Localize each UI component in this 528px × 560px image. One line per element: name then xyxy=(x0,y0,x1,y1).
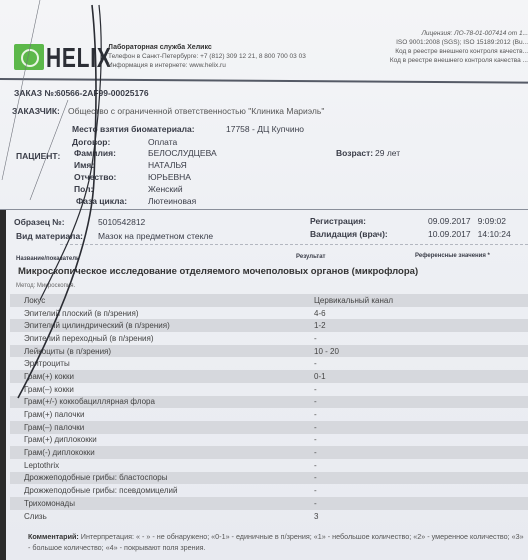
patient-divider xyxy=(0,209,528,210)
row-value: - xyxy=(314,423,528,432)
table-row: Грам(+) палочки- xyxy=(10,408,528,421)
sample-divider xyxy=(60,244,528,245)
table-row: ЛокусЦервикальный канал xyxy=(10,294,528,307)
row-name: Слизь xyxy=(10,512,314,521)
table-row: Эпителий переходный (в п/зрения)- xyxy=(10,332,528,345)
table-row: Эритроциты- xyxy=(10,357,528,370)
validation-datetime: 10.09.2017 14:10:24 xyxy=(428,229,511,239)
cycle-phase-value: Лютеиновая xyxy=(148,196,196,206)
row-value: - xyxy=(314,448,528,457)
row-value: - xyxy=(314,486,528,495)
age-value: 29 лет xyxy=(375,148,400,158)
row-value: - xyxy=(314,461,528,470)
table-row: Эпителий плоский (в п/зрения)4-6 xyxy=(10,307,528,320)
row-name: Грам(-) диплококки xyxy=(10,448,314,457)
patronymic-value: ЮРЬЕВНА xyxy=(148,172,191,182)
table-row: Грам(+/-) коккобациллярная флора- xyxy=(10,396,528,409)
comment-text: Интерпретация: « - » - не обнаружено; «0… xyxy=(28,532,524,552)
row-value: 1-2 xyxy=(314,321,528,330)
table-row: Грам(+) кокки0-1 xyxy=(10,370,528,383)
collection-place: 17758 - ДЦ Купчино xyxy=(226,124,304,134)
results-table: ЛокусЦервикальный каналЭпителий плоский … xyxy=(10,294,528,522)
photo-edge-shadow xyxy=(0,210,6,560)
row-value: Цервикальный канал xyxy=(314,296,528,305)
row-value: - xyxy=(314,435,528,444)
row-name: Грам(+/-) коккобациллярная флора xyxy=(10,397,314,406)
row-value: - xyxy=(314,473,528,482)
row-value: - xyxy=(314,410,528,419)
row-value: - xyxy=(314,359,528,368)
row-name: Локус xyxy=(10,296,314,305)
row-name: Лейкоциты (в п/зрения) xyxy=(10,347,314,356)
cycle-phase-label: Фаза цикла: xyxy=(76,196,127,206)
customer-label: ЗАКАЗЧИК: xyxy=(12,106,60,116)
table-row: Лейкоциты (в п/зрения)10 - 20 xyxy=(10,345,528,358)
table-row: Грам(-) диплококки- xyxy=(10,446,528,459)
sample-number: 5010542812 xyxy=(98,217,145,227)
row-value: 0-1 xyxy=(314,372,528,381)
age-label: Возраст: xyxy=(336,148,373,158)
registry-code-2: Код в реестре внешнего контроля качества… xyxy=(390,57,528,64)
name-value: НАТАЛЬЯ xyxy=(148,160,187,170)
sample-number-label: Образец №: xyxy=(14,217,65,227)
table-row: Leptothrix- xyxy=(10,459,528,472)
comment-label: Комментарий: xyxy=(28,532,79,541)
surname-label: Фамилия: xyxy=(74,148,116,158)
table-row: Трихомонады- xyxy=(10,497,528,510)
lab-website: Информация в интернете: www.helix.ru xyxy=(108,62,226,69)
row-value: - xyxy=(314,397,528,406)
row-name: Дрожжеподобные грибы: бластоспоры xyxy=(10,473,314,482)
registration-datetime: 09.09.2017 9:09:02 xyxy=(428,216,506,226)
lab-report-sheet: HELIX Лабораторная служба Хеликс Телефон… xyxy=(0,0,528,560)
table-row: Грам(–) кокки- xyxy=(10,383,528,396)
customer-name: Общество с ограниченной ответственностью… xyxy=(68,106,324,116)
row-value: - xyxy=(314,499,528,508)
row-name: Грам(+) диплококки xyxy=(10,435,314,444)
order-number: 60566-2AF99-00025176 xyxy=(56,88,149,98)
surname-value: БЕЛОСЛУДЦЕВА xyxy=(148,148,217,158)
lab-phone: Телефон в Санкт-Петербурге: +7 (812) 309… xyxy=(108,53,306,60)
table-row: Эпителий цилиндрический (в п/зрения)1-2 xyxy=(10,319,528,332)
row-name: Грам(–) палочки xyxy=(10,423,314,432)
row-name: Leptothrix xyxy=(10,461,314,470)
column-header-reference: Референсные значения * xyxy=(415,253,490,259)
registry-code-1: Код в реестре внешнего контроля качеств.… xyxy=(395,48,528,55)
material-value: Мазок на предметном стекле xyxy=(98,231,213,241)
patient-section-label: ПАЦИЕНТ: xyxy=(16,151,60,161)
row-value: - xyxy=(314,385,528,394)
row-name: Грам(–) кокки xyxy=(10,385,314,394)
license: Лицензия: ЛО-78-01-007414 от 1... xyxy=(421,30,528,37)
row-name: Трихомонады xyxy=(10,499,314,508)
patronymic-label: Отчество: xyxy=(74,172,116,182)
validation-label: Валидация (врач): xyxy=(310,229,388,239)
contract-label: Договор: xyxy=(72,137,110,147)
contract-value: Оплата xyxy=(148,137,177,147)
row-value: 10 - 20 xyxy=(314,347,528,356)
row-name: Эпителий цилиндрический (в п/зрения) xyxy=(10,321,314,330)
column-header-result: Результат xyxy=(296,254,325,260)
sex-label: Пол: xyxy=(74,184,93,194)
collection-place-label: Место взятия биоматериала: xyxy=(72,124,195,134)
row-name: Грам(+) кокки xyxy=(10,372,314,381)
table-row: Грам(+) диплококки- xyxy=(10,434,528,447)
row-name: Эпителий переходный (в п/зрения) xyxy=(10,334,314,343)
comment: Комментарий: Интерпретация: « - » - не о… xyxy=(28,531,528,553)
table-row: Слизь3 xyxy=(10,510,528,523)
material-label: Вид материала: xyxy=(16,231,83,241)
column-header-name: Название/показатель xyxy=(16,256,80,262)
row-name: Эпителий плоский (в п/зрения) xyxy=(10,309,314,318)
iso-certification: ISO 9001:2008 (SGS); ISO 15189:2012 (Bu.… xyxy=(396,39,528,46)
lab-name: Лабораторная служба Хеликс xyxy=(108,44,212,51)
table-row: Дрожжеподобные грибы: псевдомицелий- xyxy=(10,484,528,497)
row-name: Эритроциты xyxy=(10,359,314,368)
helix-logo-icon xyxy=(14,44,44,70)
test-title: Микроскопическое исследование отделяемог… xyxy=(18,266,418,277)
name-label: Имя: xyxy=(74,160,94,170)
row-name: Дрожжеподобные грибы: псевдомицелий xyxy=(10,486,314,495)
row-value: - xyxy=(314,334,528,343)
registration-label: Регистрация: xyxy=(310,216,366,226)
table-row: Дрожжеподобные грибы: бластоспоры- xyxy=(10,472,528,485)
header-divider xyxy=(0,78,528,84)
test-method: Метод: Микроскопия. xyxy=(16,283,75,289)
order-number-label: ЗАКАЗ №: xyxy=(14,88,57,98)
table-row: Грам(–) палочки- xyxy=(10,421,528,434)
row-value: 4-6 xyxy=(314,309,528,318)
row-value: 3 xyxy=(314,512,528,521)
sex-value: Женский xyxy=(148,184,183,194)
row-name: Грам(+) палочки xyxy=(10,410,314,419)
logo-text: HELIX xyxy=(46,42,112,74)
